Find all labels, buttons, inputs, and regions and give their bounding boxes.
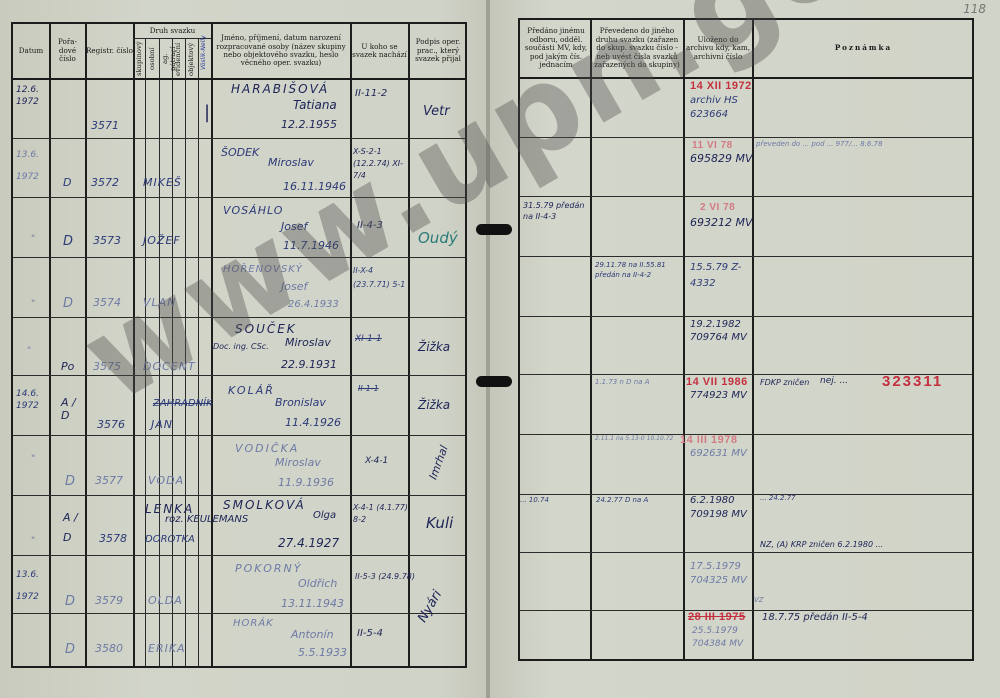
row10-u-koho: II-5-4: [357, 628, 383, 639]
header-registracni-cislo: Registr. číslo: [86, 24, 133, 78]
row7-narozeni: 11.9.1936: [278, 476, 334, 489]
row1-jmeno: HARABIŠOVÁ: [231, 82, 329, 96]
row8-u-koho: X-4-1 (4.1.77) 8-2: [353, 502, 409, 526]
row10-ulozeno: 25.5.1979 704384 MV: [692, 625, 752, 651]
row7-podpis: Imrhal: [426, 444, 450, 482]
row6-poradove: A / D: [61, 396, 81, 422]
row2-poznamka: převeden do ... pod ... 977/... 8.6.78: [756, 140, 883, 148]
row1-u-koho: II-11-2: [355, 88, 387, 99]
row8-registr: 3578: [99, 532, 127, 545]
row9-ulozeno: 17.5.1979 704325 MV: [690, 560, 752, 588]
header-u-koho: U koho se svazek nachází: [351, 24, 408, 78]
row6-ulozeno: 774923 MV: [690, 390, 747, 401]
binding-ring-icon: [476, 376, 512, 387]
header-osobni: osobní: [148, 42, 158, 76]
row5-u-koho: XI-1-1: [355, 334, 382, 344]
row9-u-koho: II-5-3 (24.9.78): [355, 572, 415, 581]
row5-poradove: Po: [61, 360, 74, 373]
row6-podpis: Žižka: [418, 398, 450, 412]
header-poradove-cislo: Pořa-dové číslo: [50, 24, 85, 78]
row1-krestni: Tatiana: [293, 98, 337, 112]
row8-poznamka2: NZ, (A) KRP zničen 6.2.1980 ...: [760, 540, 883, 549]
row9-poradove: D: [65, 594, 75, 609]
header-evidencni: evidenční: [174, 42, 184, 76]
row2-registr: 3572: [91, 176, 119, 189]
header-handwritten-extra: Vöslik-Nelly: [200, 30, 210, 76]
row5-krestni: Miroslav: [285, 336, 331, 349]
row7-kryci: VODA: [148, 474, 184, 487]
row10-narozeni: 5.5.1933: [298, 646, 347, 659]
row6-datum: 14.6. 1972: [16, 388, 46, 412]
row9-jmeno: POKORNÝ: [235, 562, 302, 575]
row7-u-koho: X-4-1: [365, 456, 388, 466]
row10-archive-stamp: 28 III 1975: [688, 611, 746, 623]
row7-registr: 3577: [95, 474, 123, 487]
row6-kryci: JAN: [151, 418, 173, 431]
row3-registr: 3573: [93, 234, 121, 247]
row8-kryci: DOROTKA: [145, 534, 195, 545]
row5-narozeni: 22.9.1931: [281, 358, 337, 371]
row8-podpis: Kuli: [426, 514, 453, 532]
header-ag-patraci: ag. pátrací: [161, 42, 171, 76]
row6-poznamka: FDKP zničen: [760, 378, 810, 388]
row9-narozeni: 13.11.1943: [281, 597, 344, 610]
row4-datum: ": [31, 299, 35, 309]
row5-podpis: Žižka: [418, 340, 450, 354]
row6-archive-stamp: 14 VII 1986: [686, 376, 748, 388]
row1-datum: 12.6. 1972: [16, 84, 46, 108]
row8-jmeno: SMOLKOVÁ: [223, 498, 306, 512]
row2-datum: 13.6. 1972: [16, 144, 46, 188]
row9-datum: 13.6. 1972: [16, 564, 46, 608]
row10-poznamka: VZ: [754, 596, 764, 604]
row8-prevedeno: 24.2.77 D na A: [596, 496, 648, 504]
row8-datum: ": [31, 536, 35, 546]
row7-poradove: D: [65, 474, 75, 489]
header-jmeno: Jméno, příjmení, datum narození rozpraco…: [212, 24, 350, 78]
row2-ulozeno: 695829 MV: [690, 152, 753, 165]
row6-poznamka2: nej. ...: [820, 376, 848, 386]
row10-poradove: D: [65, 642, 75, 657]
row2-kryci: MIKEŠ: [143, 176, 182, 189]
row1-mark: |: [204, 102, 210, 123]
row7-prevedeno: 2.11.1 na 5.13-0 10.10.72: [595, 435, 683, 443]
row8-rozena: roz. KEULEMANS: [165, 514, 248, 525]
row8-predano: ... 10.74: [520, 496, 549, 504]
row9-podpis: Nyári: [415, 588, 445, 625]
row7-ulozeno: 692631 MV: [690, 448, 747, 459]
header-objektovy: objektový: [187, 42, 197, 76]
row4-ulozeno: 15.5.79 Z-4332: [690, 260, 750, 292]
row6-jmeno: KOLÁŘ: [228, 384, 275, 397]
row10-registr: 3580: [95, 642, 123, 655]
row6-u-koho: II-1-1: [358, 384, 379, 393]
row5-datum: ": [27, 346, 31, 356]
row10-poznamka2: 18.7.75 předán II-5-4: [762, 612, 868, 623]
row10-krestni: Antonín: [291, 628, 334, 641]
row8-narozeni: 27.4.1927: [278, 536, 339, 550]
row9-krestni: Oldřich: [298, 577, 337, 590]
row3-archive-stamp: 2 VI 78: [700, 202, 735, 213]
page-number: 118: [963, 2, 986, 16]
row7-datum: ": [31, 454, 35, 464]
row7-krestni: Miroslav: [275, 456, 321, 469]
row2-poradove: D: [63, 176, 71, 189]
row8-krestni: Olga: [313, 510, 336, 521]
row6-narozeni: 11.4.1926: [285, 416, 341, 429]
header-skupinovy: skupinový: [135, 42, 145, 76]
row10-kryci: ERIKA: [148, 642, 186, 655]
row8-poradove: A / D: [63, 508, 81, 548]
header-datum: Datum: [13, 24, 49, 78]
row8-ulozeno: 6.2.1980 709198 MV: [690, 494, 752, 522]
row6-registr: 3576: [97, 418, 125, 431]
row9-registr: 3579: [95, 594, 123, 607]
row7-jmeno: VODIČKA: [235, 442, 299, 455]
row7-archive-stamp: 14 III 1978: [680, 434, 738, 446]
header-podpis: Podpis oper. prac., který svazek přijal: [409, 24, 467, 78]
row1-narozeni: 12.2.1955: [281, 118, 337, 131]
row6-red-number-stamp: 323311: [882, 373, 943, 390]
row9-kryci: OLDA: [148, 594, 183, 607]
row2-jmeno: ŠODEK: [221, 146, 259, 159]
row5-ulozeno: 19.2.1982 709764 MV: [690, 318, 750, 344]
row3-predano: 31.5.79 předán na II-4-3: [523, 200, 589, 222]
row6-prevedeno: 1.1.73 n D na A: [595, 378, 650, 386]
row10-jmeno: HORÁK: [233, 618, 274, 629]
row8-poznamka: ... 24.2.77: [760, 494, 796, 502]
row3-ulozeno: 693212 MV: [690, 216, 753, 229]
row2-archive-stamp: 11 VI 78: [692, 140, 733, 151]
row3-datum: ": [31, 234, 35, 244]
row6-krestni: Bronislav: [275, 396, 326, 409]
row3-poradove: D: [63, 234, 73, 249]
row1-registr: 3571: [91, 119, 119, 132]
row4-prevedeno: 29.11.78 na II.55.81 předán na II-4-2: [595, 260, 685, 280]
